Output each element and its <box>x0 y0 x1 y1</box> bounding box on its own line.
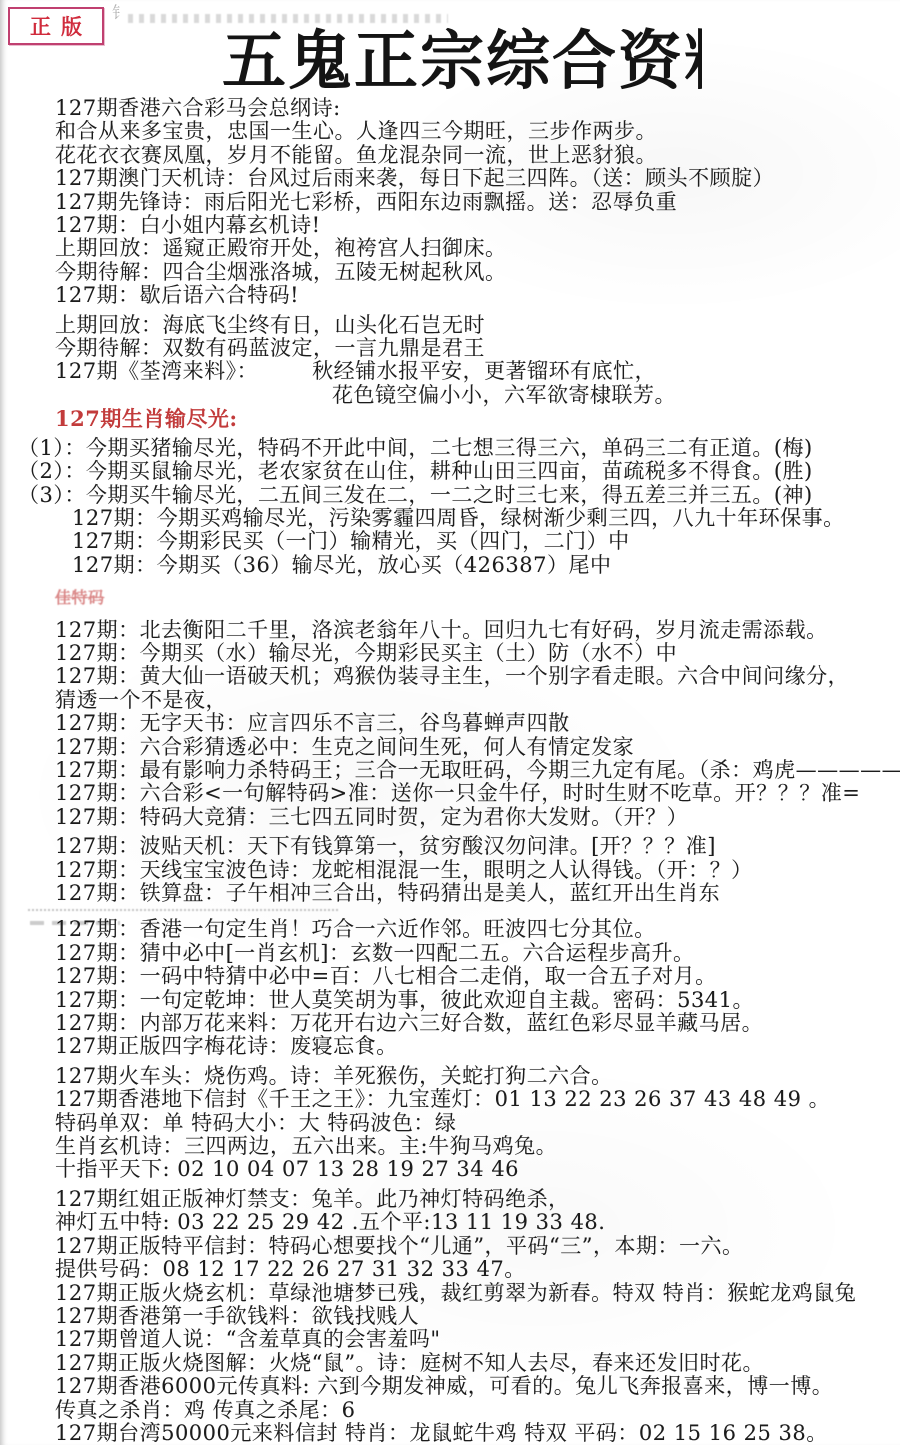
text-line: 提供号码：08 12 17 22 26 27 31 32 33 47。 <box>55 1258 900 1281</box>
text-line: 今期待解：四合尘烟涨洛城，五陵无树起秋风。 <box>55 261 900 284</box>
text-line: 127期：内部万花来料：万花开右边六三好合数，蓝红色彩尽显羊藏马居。 <box>55 1012 900 1035</box>
text-line: 今期待解：双数有码蓝波定，一言九鼎是君王 <box>55 337 900 360</box>
text-line: 127期：今期买（水）输尽光，今期彩民买主（土）防（水不）中 <box>55 642 900 665</box>
text-line: 127期：猜中必中[一肖玄机]：玄数一四配二五。六合运程步高升。 <box>55 942 900 965</box>
text-line: 花花衣衣赛凤凰，岁月不能留。鱼龙混杂同一流，世上恶豺狼。 <box>55 144 900 167</box>
text-line: 127期正版火烧图解：火烧“鼠”。诗：庭树不知人去尽，春来还发旧时花。 <box>55 1352 900 1375</box>
text-line: 127期：香港一句定生肖！巧合一六近作邻。旺波四七分其位。 <box>55 918 900 941</box>
text-line: 127期香港地下信封《千王之王》：九宝莲灯：01 13 22 23 26 37 … <box>55 1088 900 1111</box>
text-line: 127期：无字天书：应言四乐不言三，谷鸟暮蝉声四散 <box>55 712 900 735</box>
text-line: 上期回放：海底飞尘终有日，山头化石岂无时 <box>55 314 900 337</box>
text-line: 127期红姐正版神灯禁支：兔羊。此乃神灯特码绝杀， <box>55 1188 900 1211</box>
text-line: 127期：今期买（36）输尽光，放心买（426387）尾中 <box>72 554 900 577</box>
text-line: （1）：今期买猪输尽光，特码不开此中间，二七想三得三六，单码三二有正道。(梅) <box>18 437 900 460</box>
text-line: 127期生肖输尽光: <box>55 407 900 430</box>
text-line: 127期台湾50000元来料信封 特肖：龙鼠蛇牛鸡 特双 平码：02 15 16… <box>55 1422 900 1445</box>
text-line: 127期：今期彩民买（一门）输精光，买（四门，二门）中 <box>72 530 900 553</box>
text-line: （3）：今期买牛输尽光，二五间三发在二，一二之时三七来，得五差三并三五。(神) <box>18 484 900 507</box>
text-line: 127期《荃湾来料》： 秋经铺水报平安，更著镏环有底忙， <box>55 360 900 383</box>
text-line: 127期：六合彩<一句解特码>准：送你一只金牛仔，时时生财不吃草。开？？？准= <box>55 782 900 805</box>
text-line: 127期先锋诗：雨后阳光七彩桥，西阳东边雨飘摇。送：忍辱负重 <box>55 191 900 214</box>
text-line: 127期香港第一手欲钱料：欲钱找贱人 <box>55 1305 900 1328</box>
text-line: 神灯五中特: 03 22 25 29 42 .五个平:13 11 19 33 4… <box>55 1211 900 1234</box>
text-line: 127期：天线宝宝波色诗：龙蛇相混混一生，眼明之人认得钱。（开：？） <box>55 859 900 882</box>
text-line: （2）：今期买鼠输尽光，老农家贫在山住，耕种山田三四亩，苗疏税多不得食。(胜) <box>18 460 900 483</box>
text-line: 猜透一个不是夜， <box>55 689 900 712</box>
text-line: 127期：今期买鸡输尽光，污染雾霾四周昏，绿树渐少剩三四，八九十年环保事。 <box>72 507 900 530</box>
text-line: 生肖玄机诗：三四两边，五六出来。主:牛狗马鸡兔。 <box>55 1135 900 1158</box>
text-line: 127期香港六合彩马会总纲诗: <box>55 97 900 120</box>
text-line: 127期：白小姐内幕玄机诗! <box>55 214 900 237</box>
text-line: 127期澳门天机诗：台风过后雨来袭，每日下起三四阵。（送：顾头不顾腚） <box>55 167 900 190</box>
text-line: 127期正版四字梅花诗：废寝忘食。 <box>55 1035 900 1058</box>
text-line: 127期正版特平信封：特码心想要找个“儿通”，平码“三”，本期：一六。 <box>55 1235 900 1258</box>
text-line: 127期：最有影响力杀特码王；三合一无取旺码，今期三九定有尾。（杀：鸡虎————… <box>55 759 900 782</box>
text-line: 上期回放：遥窥正殿帘开处，袍袴宫人扫御床。 <box>55 237 900 260</box>
text-line: 十指平天下: 02 10 04 07 13 28 19 27 34 46 <box>55 1158 900 1181</box>
document-page: 正版 钅 五鬼正宗综合资料 127期香港六合彩马会总纲诗:和合从来多宝贵，忠国一… <box>0 0 900 1445</box>
scan-artifact-glyph: 钅 <box>112 0 128 23</box>
text-line: 127期正版火烧玄机：草绿池塘梦已残，裁红剪翠为新春。特双 特肖：猴蛇龙鸡鼠兔 <box>55 1282 900 1305</box>
text-line: 传真之杀肖：鸡 传真之杀尾：6 <box>55 1399 900 1422</box>
authentic-badge-label: 正版 <box>20 16 92 37</box>
text-line: 特码单双：单 特码大小：大 特码波色：绿 <box>55 1112 900 1135</box>
text-line: 和合从来多宝贵，忠国一生心。人逢四三今期旺，三步作两步。 <box>55 120 900 143</box>
authentic-badge: 正版 <box>8 7 104 45</box>
tips-text-body: 127期香港六合彩马会总纲诗:和合从来多宝贵，忠国一生心。人逢四三今期旺，三步作… <box>0 97 900 1445</box>
text-line: 127期：波贴天机：天下有钱算第一，贫穷酸汉勿问津。[开？？？准] <box>55 835 900 858</box>
text-line: 127期：北去衡阳二千里，洛滨老翁年八十。回归九七有好码，岁月流走需添载。 <box>55 619 900 642</box>
text-line: 127期：特码大竞猜：三七四五同时贺，定为君你大发财。（开？） <box>55 806 900 829</box>
text-line: 127期曾道人说：“含羞草真的会害羞吗" <box>55 1328 900 1351</box>
text-line: 127期：六合彩猜透必中：生克之间问生死，何人有情定发家 <box>55 736 900 759</box>
text-line: 127期：歇后语六合特码! <box>55 284 900 307</box>
text-line: 127期香港6000元传真料: 六到今期发神威，可看的。兔儿飞奔报喜来，博一博。 <box>55 1375 900 1398</box>
text-line: 127期：铁算盘：子午相冲三合出，特码猜出是美人，蓝红开出生肖东 <box>55 882 900 905</box>
text-line: 佳特码 <box>55 586 900 609</box>
text-line: 127期火车头：烧伤鸡。诗：羊死猴伤，关蛇打狗二六合。 <box>55 1065 900 1088</box>
text-line: 花色镜空偏小小，六军欲寄棣联芳。 <box>332 384 900 407</box>
page-title: 五鬼正宗综合资料 <box>222 16 702 108</box>
text-line: 127期：黄大仙一语破天机；鸡猴伪装寻主生，一个别字看走眼。六合中间问缘分， <box>55 665 900 688</box>
text-line: 127期：一码中特猜中必中=百：八七相合二走俏，取一合五子对月。 <box>55 965 900 988</box>
text-line: 127期：一句定乾坤：世人莫笑胡为事，彼此欢迎自主裁。密码：5341。 <box>55 989 900 1012</box>
